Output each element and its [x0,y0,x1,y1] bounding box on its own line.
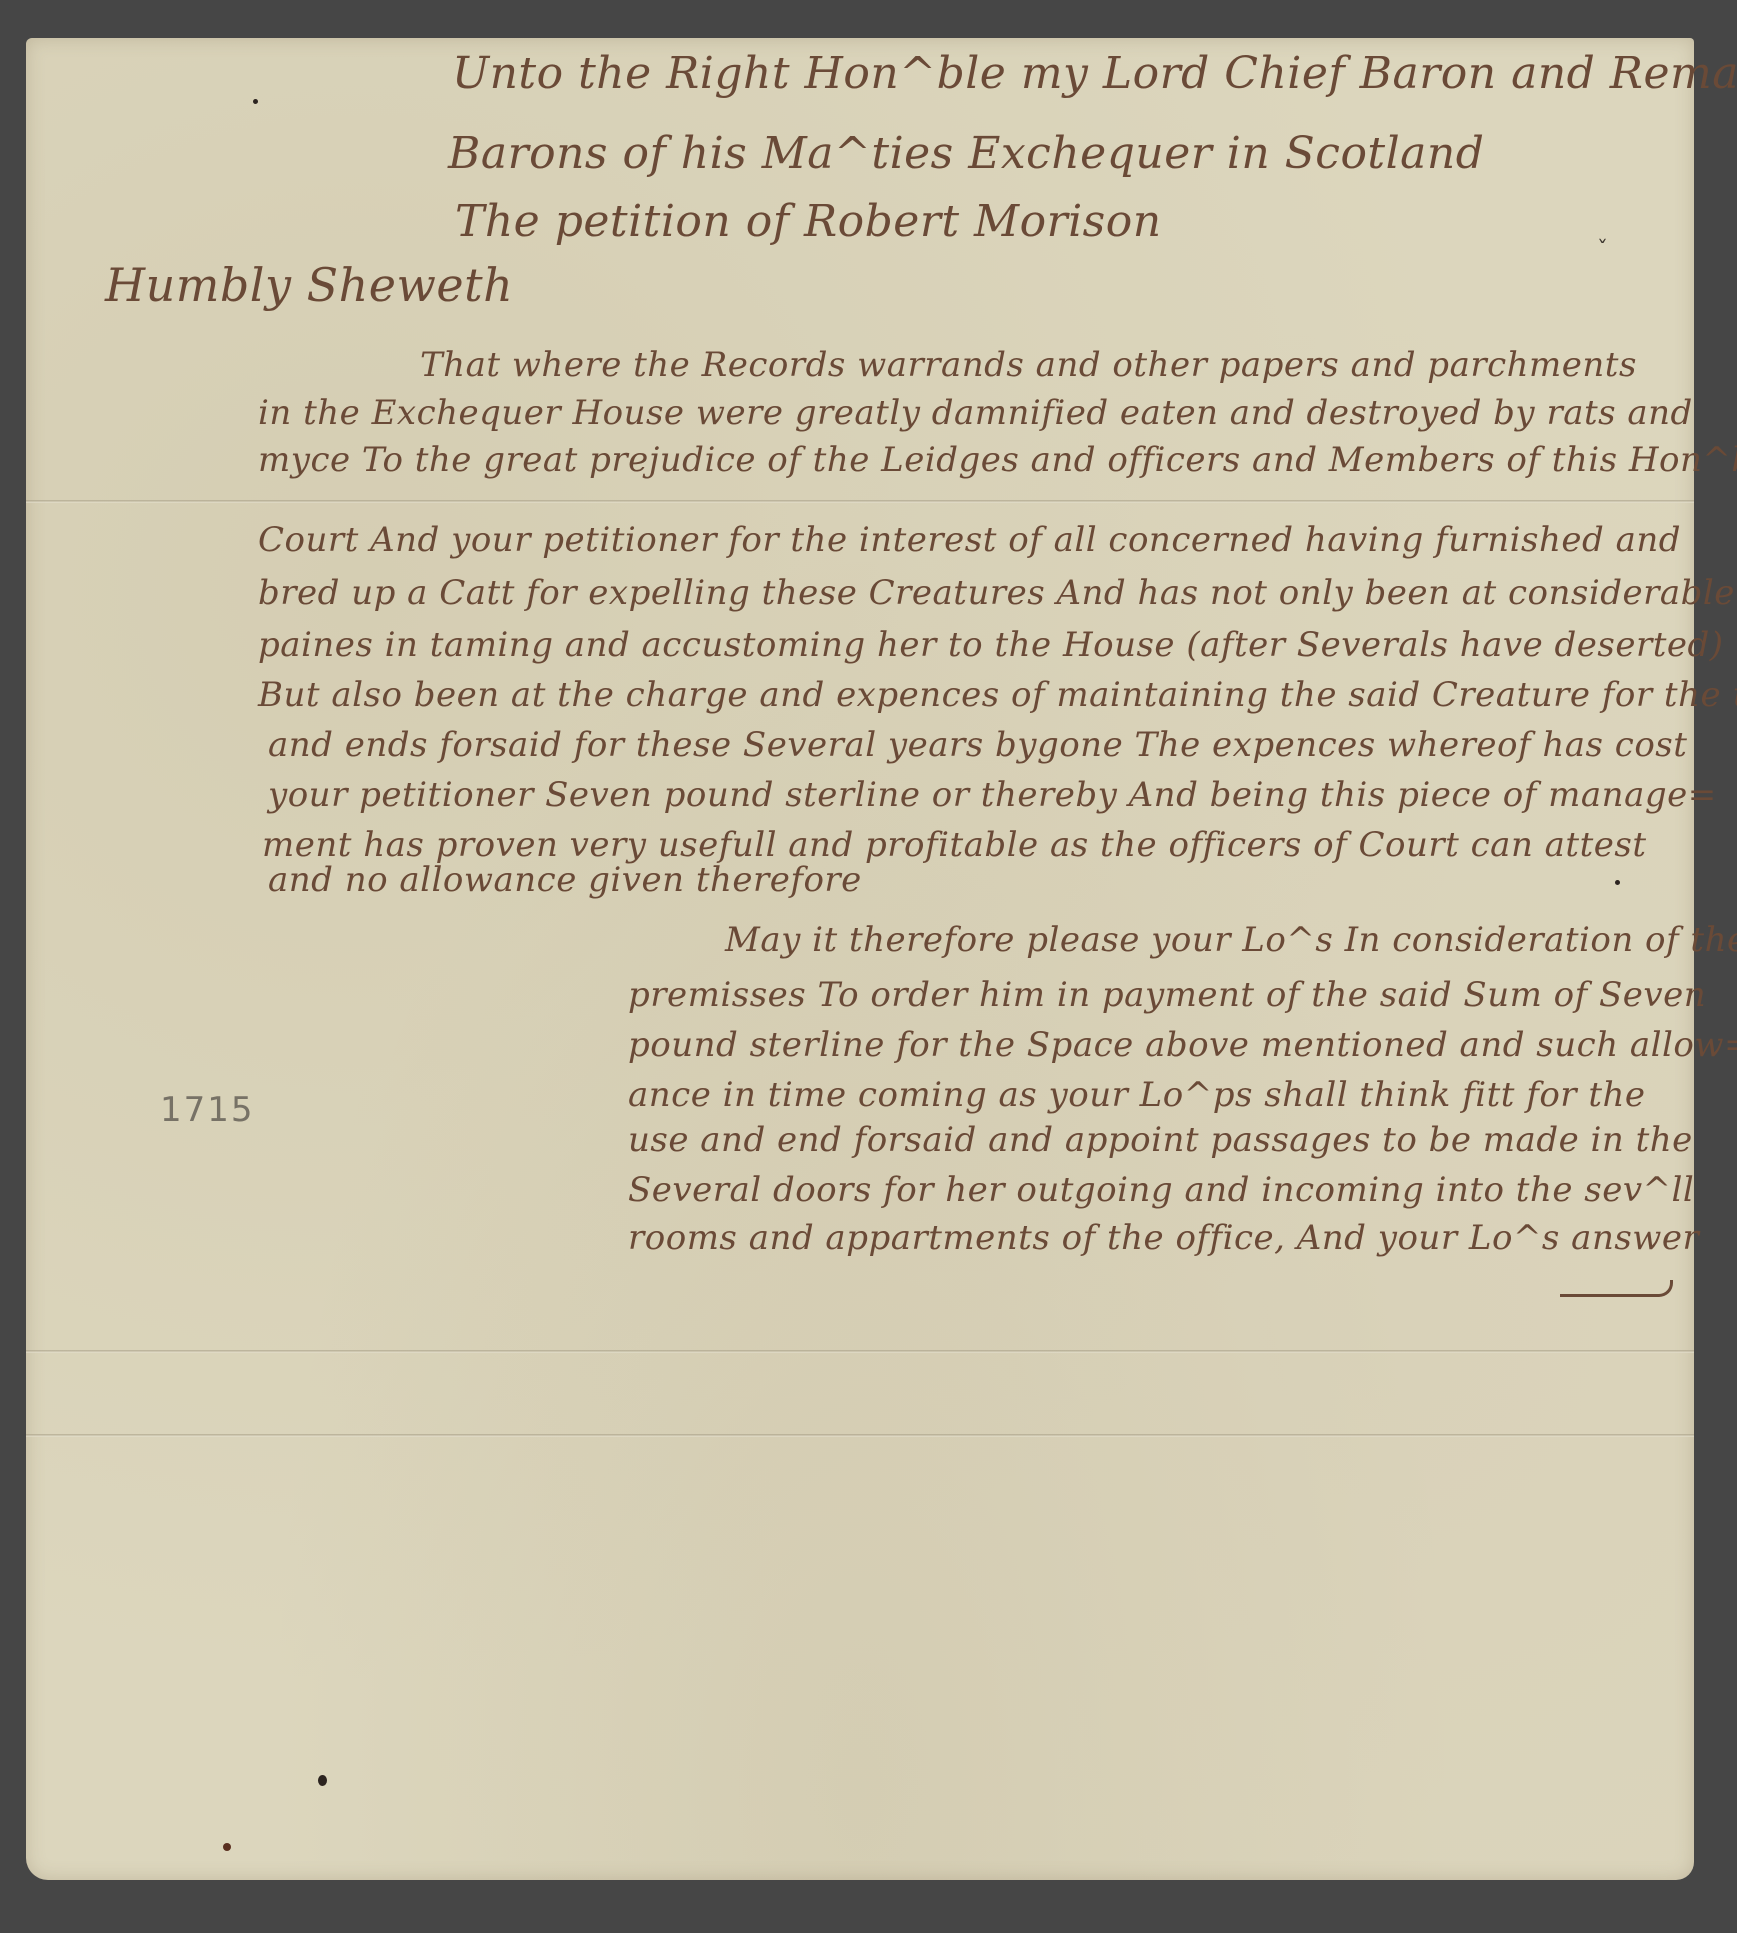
body-line: and ends forsaid for these Several years… [268,725,1687,765]
prayer-line: pound sterline for the Space above menti… [628,1025,1737,1065]
body-line: Court And your petitioner for the intere… [258,520,1681,560]
body-line: in the Exchequer House were greatly damn… [258,393,1693,433]
body-line: That where the Records warrands and othe… [420,345,1637,385]
prayer-line: premisses To order him in payment of the… [628,975,1706,1015]
body-line: your petitioner Seven pound sterline or … [268,775,1717,815]
body-line: ment has proven very usefull and profita… [262,825,1646,865]
prayer-line: ance in time coming as your Lo^ps shall … [628,1075,1646,1115]
ink-dot [1615,880,1620,885]
closing-flourish [1560,1280,1673,1297]
address-line-2: Barons of his Ma^ties Exchequer in Scotl… [448,128,1484,179]
fold-line-lower-1 [26,1350,1694,1353]
body-line: bred up a Catt for expelling these Creat… [258,573,1735,613]
prayer-line: May it therefore please your Lo^s In con… [725,920,1737,960]
margin-year-note: 1715 [160,1090,255,1130]
body-line: and no allowance given therefore [268,860,862,900]
fold-line-lower-2 [26,1434,1694,1437]
address-line-3: The petition of Robert Morison [455,196,1162,247]
body-line: But also been at the charge and expences… [258,675,1737,715]
ink-spot [318,1775,327,1786]
prayer-line: Several doors for her outgoing and incom… [628,1170,1694,1210]
body-line: myce To the great prejudice of the Leidg… [258,440,1737,480]
prayer-line: rooms and appartments of the office, And… [628,1218,1699,1258]
ink-dot [253,99,258,104]
salutation: Humbly Sheweth [105,258,513,312]
body-line: paines in taming and accustoming her to … [258,625,1724,665]
prayer-line: use and end forsaid and appoint passages… [628,1120,1693,1160]
ink-spot [223,1843,231,1851]
fold-line-upper [26,500,1694,503]
tick-mark: ˇ [1597,238,1608,263]
address-line-1: Unto the Right Hon^ble my Lord Chief Bar… [452,48,1737,99]
